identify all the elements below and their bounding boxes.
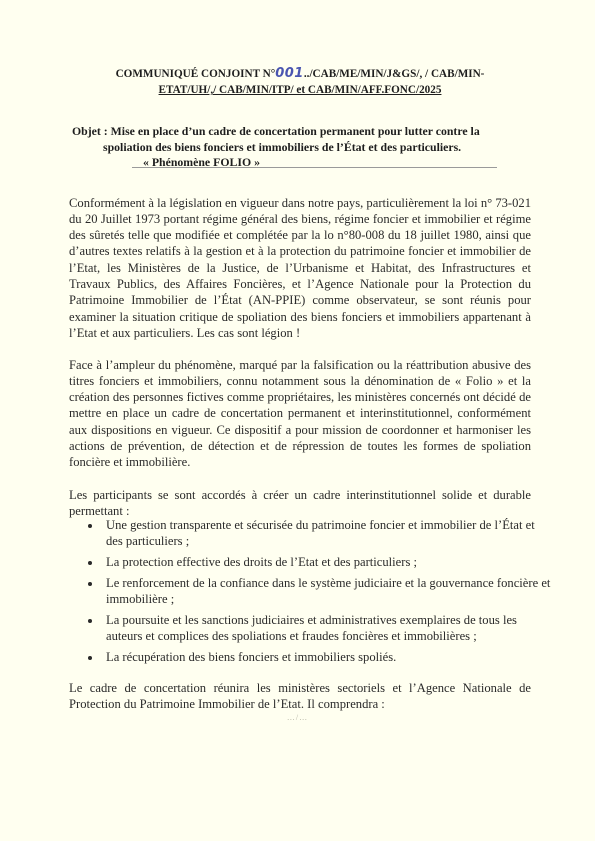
list-item: Le renforcement de la confiance dans le … xyxy=(102,575,552,607)
communique-header: COMMUNIQUÉ CONJOINT N°001../CAB/ME/MIN/J… xyxy=(70,66,530,98)
document-page: COMMUNIQUÉ CONJOINT N°001../CAB/ME/MIN/J… xyxy=(0,0,595,841)
handwritten-number: 001 xyxy=(275,66,304,81)
paragraph-3: Les participants se sont accordés à crée… xyxy=(69,487,531,520)
subject-line-1: Mise en place d’un cadre de concertation… xyxy=(111,124,480,138)
paragraph-4: Le cadre de concertation réunira les min… xyxy=(69,680,531,713)
header-line-1: COMMUNIQUÉ CONJOINT N°001../CAB/ME/MIN/J… xyxy=(70,66,530,82)
header-line1-suffix: ../CAB/ME/MIN/J&GS/, / CAB/MIN- xyxy=(304,68,485,80)
subject-line-3: « Phénomène FOLIO » xyxy=(72,155,542,171)
list-item: La protection effective des droits de l’… xyxy=(102,554,552,570)
header-prefix: COMMUNIQUÉ CONJOINT N° xyxy=(116,68,276,80)
paragraph-2: Face à l’ampleur du phénomène, marqué pa… xyxy=(69,357,531,471)
list-item: La récupération des biens fonciers et im… xyxy=(102,649,552,665)
subject-label: Objet : xyxy=(72,124,111,138)
page-continuation-mark: …/… xyxy=(0,713,595,722)
list-item: Une gestion transparente et sécurisée du… xyxy=(102,517,552,549)
subject-underline xyxy=(132,167,497,168)
subject-block: Objet : Mise en place d’un cadre de conc… xyxy=(72,124,542,171)
objectives-list: Une gestion transparente et sécurisée du… xyxy=(82,517,552,670)
list-item: La poursuite et les sanctions judiciaire… xyxy=(102,612,552,644)
paragraph-1: Conformément à la législation en vigueur… xyxy=(69,195,531,342)
subject-line-2: spoliation des biens fonciers et immobil… xyxy=(72,140,542,156)
header-line-2: ETAT/UH/,/ CAB/MIN/ITP/ et CAB/MIN/AFF.F… xyxy=(70,82,530,98)
